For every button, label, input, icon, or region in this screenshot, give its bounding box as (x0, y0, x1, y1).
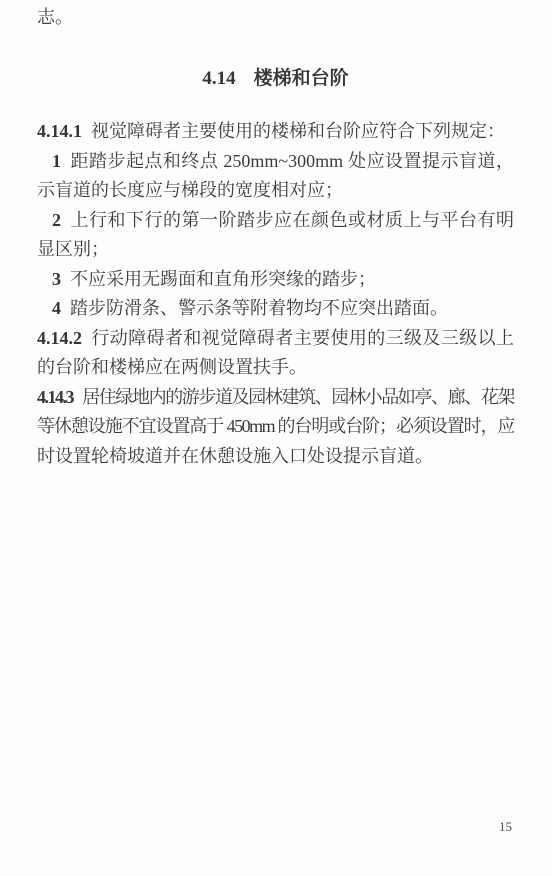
section-heading-number: 4.14 (202, 68, 235, 89)
item-number: 4 (52, 298, 61, 318)
line-text: 行动障碍者和视觉障碍者主要使用的三级及三级以上 (91, 328, 514, 348)
item-number: 3 (52, 269, 61, 289)
line-text: 踏步防滑条、警示条等附着物均不应突出踏面。 (70, 298, 448, 318)
text-column: 志。 4.14楼梯和台阶 4.14.1视觉障碍者主要使用的楼梯和台阶应符合下列规… (37, 0, 514, 471)
line-text: 不应采用无踢面和直角形突缘的踏步； (70, 269, 376, 289)
carryover-text-line: 志。 (37, 3, 514, 31)
section-heading-title: 楼梯和台阶 (254, 68, 349, 89)
text-line: 3不应采用无踢面和直角形突缘的踏步； (37, 265, 514, 295)
text-line: 2上行和下行的第一阶踏步应在颜色或材质上与平台有明 (37, 206, 514, 236)
item-number: 2 (52, 210, 61, 230)
text-line: 示盲道的长度应与梯段的宽度相对应； (37, 176, 514, 206)
line-text: 显区别； (37, 239, 109, 259)
section-body: 4.14.1视觉障碍者主要使用的楼梯和台阶应符合下列规定： 1距踏步起点和终点 … (37, 117, 514, 471)
text-line: 时设置轮椅坡道并在休憩设施入口处设提示盲道。 (37, 442, 514, 472)
line-text: 的台阶和楼梯应在两侧设置扶手。 (37, 357, 307, 377)
line-text: 上行和下行的第一阶踏步应在颜色或材质上与平台有明 (70, 210, 514, 230)
text-line: 的台阶和楼梯应在两侧设置扶手。 (37, 353, 514, 383)
carryover-text: 志。 (37, 7, 73, 27)
text-line: 显区别； (37, 235, 514, 265)
text-line: 4.14.2行动障碍者和视觉障碍者主要使用的三级及三级以上 (37, 324, 514, 354)
line-text: 时设置轮椅坡道并在休憩设施入口处设提示盲道。 (37, 446, 433, 466)
text-line: 等休憩设施不宜设置高于 450mm 的台明或台阶；必须设置时，应同 (37, 412, 514, 442)
line-text: 示盲道的长度应与梯段的宽度相对应； (37, 180, 343, 200)
text-line: 4.14.3居住绿地内的游步道及园林建筑、园林小品如亭、廊、花架 (37, 383, 514, 413)
clause-number: 4.14.3 (37, 387, 73, 407)
text-line: 4踏步防滑条、警示条等附着物均不应突出踏面。 (37, 294, 514, 324)
page-number: 15 (499, 820, 512, 834)
line-text: 居住绿地内的游步道及园林建筑、园林小品如亭、廊、花架 (82, 387, 514, 407)
line-text: 距踏步起点和终点 250mm~300mm 处应设置提示盲道，提 (52, 151, 514, 177)
text-line: 4.14.1视觉障碍者主要使用的楼梯和台阶应符合下列规定： (37, 117, 514, 147)
clause-number: 4.14.1 (37, 121, 82, 141)
line-text: 等休憩设施不宜设置高于 450mm 的台明或台阶；必须设置时，应同 (37, 416, 514, 442)
clause-number: 4.14.2 (37, 328, 82, 348)
document-page: 志。 4.14楼梯和台阶 4.14.1视觉障碍者主要使用的楼梯和台阶应符合下列规… (0, 0, 552, 876)
section-heading: 4.14楼梯和台阶 (37, 64, 514, 94)
item-number: 1 (52, 151, 61, 171)
line-text: 视觉障碍者主要使用的楼梯和台阶应符合下列规定： (91, 121, 505, 141)
text-line: 1距踏步起点和终点 250mm~300mm 处应设置提示盲道，提 (37, 147, 514, 177)
